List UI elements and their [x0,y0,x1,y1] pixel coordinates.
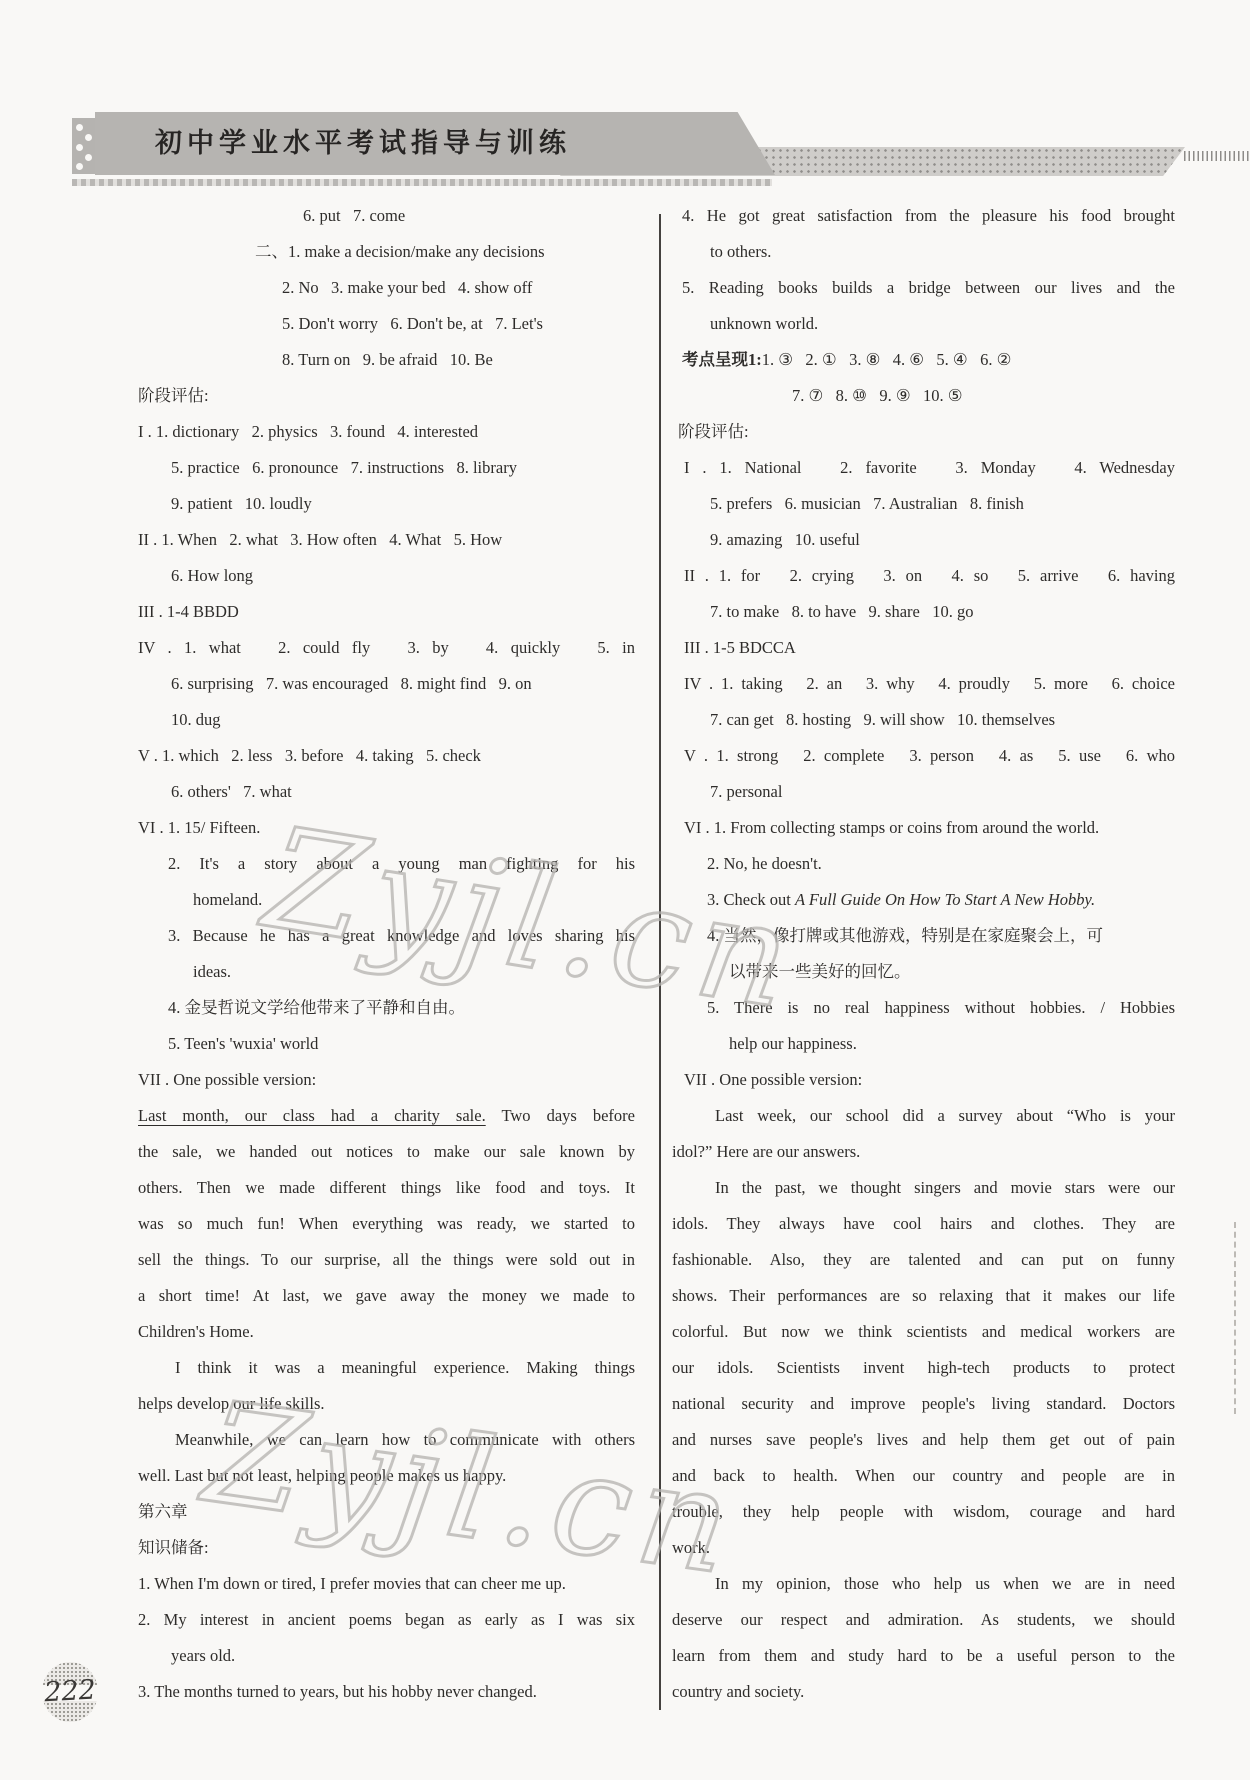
page-number-badge: 222 [42,1662,98,1722]
text-line: 10. dug [171,702,635,738]
text-line: Children's Home. [138,1314,635,1350]
text-line: well. Last but not least, helping people… [138,1458,635,1494]
text-line: 6. How long [171,558,635,594]
text-line: national security and improve people's l… [672,1386,1175,1422]
text-line: IV . 1. what 2. could fly 3. by 4. quick… [138,630,635,666]
text-line: VI . 1. From collecting stamps or coins … [684,810,1175,846]
text-line: 2. My interest in ancient poems began as… [138,1602,635,1638]
text-line: 9. amazing 10. useful [710,522,1175,558]
text-line: 5. Reading books builds a bridge between… [682,270,1175,306]
text-line: idol?” Here are our answers. [672,1134,1175,1170]
text-line: 4. 金旻哲说文学给他带来了平静和自由。 [168,990,635,1026]
text-line: 以带来一些美好的回忆。 [729,954,1175,990]
text-line: to others. [710,234,1175,270]
text-line: our idols. Scientists invent high-tech p… [672,1350,1175,1386]
text-line: 4. He got great satisfaction from the pl… [682,198,1175,234]
text-line: 阶段评估: [678,414,1175,450]
text-line: Last week, our school did a survey about… [672,1098,1175,1134]
text-line: 2. No 3. make your bed 4. show off [282,270,635,306]
header-spine-dots [72,118,96,174]
text-line: 3. Because he has a great knowledge and … [168,918,635,954]
text-line: IV . 1. taking 2. an 3. why 4. proudly 5… [684,666,1175,702]
text-line: VI . 1. 15/ Fifteen. [138,810,635,846]
text-line: I think it was a meaningful experience. … [138,1350,635,1386]
text-line: 阶段评估: [138,378,635,414]
text-line: 5. Don't worry 6. Don't be, at 7. Let's [282,306,635,342]
text-line: 7. can get 8. hosting 9. will show 10. t… [710,702,1175,738]
text-line: I . 1. National 2. favorite 3. Monday 4.… [684,450,1175,486]
scanned-answer-page: 初中学业水平考试指导与训练 6. put 7. come二、1. make a … [0,0,1250,1780]
header-underline-strip [72,179,772,186]
text-line: III . 1-5 BDCCA [684,630,1175,666]
text-line: I . 1. dictionary 2. physics 3. found 4.… [138,414,635,450]
text-line: 知识储备: [138,1530,635,1566]
text-line: 5. Teen's 'wuxia' world [168,1026,635,1062]
text-line: 5. practice 6. pronounce 7. instructions… [171,450,635,486]
text-line: 1. When I'm down or tired, I prefer movi… [138,1566,635,1602]
text-line: 6. others' 7. what [171,774,635,810]
text-line: 6. surprising 7. was encouraged 8. might… [171,666,635,702]
text-line: 3. The months turned to years, but his h… [138,1674,635,1710]
header-dotted-hairline [1184,151,1250,161]
text-line: years old. [171,1638,635,1674]
text-line: III . 1-4 BBDD [138,594,635,630]
text-line: V . 1. which 2. less 3. before 4. taking… [138,738,635,774]
text-line: work. [672,1530,1175,1566]
text-line: 5. There is no real happiness without ho… [707,990,1175,1026]
text-line: II . 1. When 2. what 3. How often 4. Wha… [138,522,635,558]
text-line: help our happiness. [729,1026,1175,1062]
text-line: 8. Turn on 9. be afraid 10. Be [282,342,635,378]
text-line: deserve our respect and admiration. As s… [672,1602,1175,1638]
text-line: others. Then we made different things li… [138,1170,635,1206]
book-title: 初中学业水平考试指导与训练 [155,112,571,175]
text-line: VII . One possible version: [684,1062,1175,1098]
text-line: 2. It's a story about a young man fighti… [168,846,635,882]
text-line: trouble, they help people with wisdom, c… [672,1494,1175,1530]
text-line: Meanwhile, we can learn how to communica… [138,1422,635,1458]
text-line: learn from them and study hard to be a u… [672,1638,1175,1674]
text-line: In the past, we thought singers and movi… [672,1170,1175,1206]
text-line: 2. No, he doesn't. [707,846,1175,882]
text-line: 二、1. make a decision/make any decisions [255,234,635,270]
left-column: 6. put 7. come二、1. make a decision/make … [138,198,635,1710]
right-column: 4. He got great satisfaction from the pl… [672,198,1175,1710]
text-line: idols. They always have cool hairs and c… [672,1206,1175,1242]
text-line: 6. put 7. come [303,198,635,234]
text-line: homeland. [193,882,635,918]
text-line: 7. ⑦ 8. ⑩ 9. ⑨ 10. ⑤ [792,378,1175,414]
text-line: II . 1. for 2. crying 3. on 4. so 5. arr… [684,558,1175,594]
text-line: 考点呈现1:1. ③ 2. ① 3. ⑧ 4. ⑥ 5. ④ 6. ② [682,342,1175,378]
text-line: sell the things. To our surprise, all th… [138,1242,635,1278]
text-line: 第六章 [138,1494,635,1530]
text-line: 4. 当然，像打牌或其他游戏，特别是在家庭聚会上，可 [707,918,1175,954]
text-line: colorful. But now we think scientists an… [672,1314,1175,1350]
page-number: 222 [41,1674,99,1708]
text-line: unknown world. [710,306,1175,342]
text-line: 7. to make 8. to have 9. share 10. go [710,594,1175,630]
text-line: 7. personal [710,774,1175,810]
text-line: country and society. [672,1674,1175,1710]
column-divider [659,214,661,1710]
text-line: was so much fun! When everything was rea… [138,1206,635,1242]
right-margin-dashes [1234,1222,1236,1414]
text-line: In my opinion, those who help us when we… [672,1566,1175,1602]
text-line: fashionable. Also, they are talented and… [672,1242,1175,1278]
text-line: the sale, we handed out notices to make … [138,1134,635,1170]
text-line: and back to health. When our country and… [672,1458,1175,1494]
text-line: V . 1. strong 2. complete 3. person 4. a… [684,738,1175,774]
text-line: VII . One possible version: [138,1062,635,1098]
text-line: helps develop our life skills. [138,1386,635,1422]
text-line: 3. Check out A Full Guide On How To Star… [707,882,1175,918]
text-line: and nurses save people's lives and help … [672,1422,1175,1458]
text-line: ideas. [193,954,635,990]
text-line: 9. patient 10. loudly [171,486,635,522]
text-line: a short time! At last, we gave away the … [138,1278,635,1314]
header-banner: 初中学业水平考试指导与训练 [95,112,775,175]
text-line: 5. prefers 6. musician 7. Australian 8. … [710,486,1175,522]
text-line: Last month, our class had a charity sale… [138,1098,635,1134]
text-line: shows. Their performances are so relaxin… [672,1278,1175,1314]
